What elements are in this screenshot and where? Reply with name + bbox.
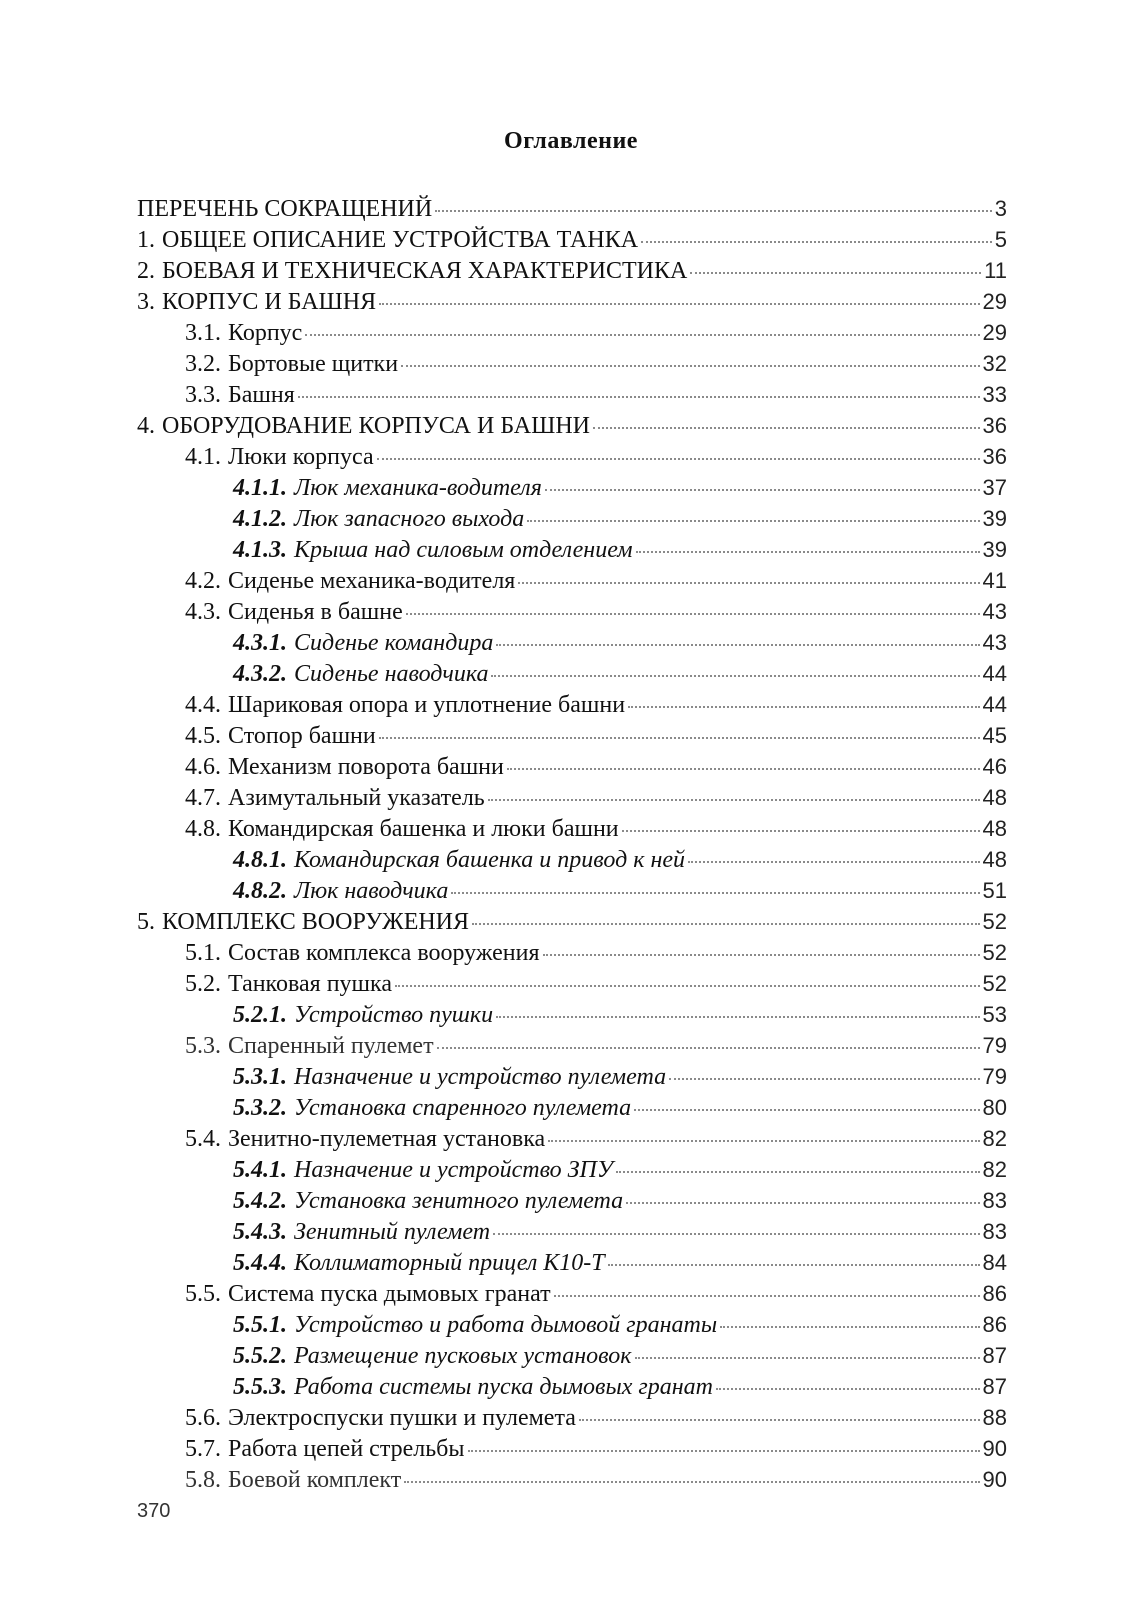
toc-entry[interactable]: 5.3.2.Установка спаренного пулемета80 [137,1092,1007,1123]
dot-leader [404,1481,979,1483]
toc-entry[interactable]: ПЕРЕЧЕНЬ СОКРАЩЕНИЙ3 [137,193,1007,224]
dot-leader [690,272,981,274]
toc-entry-number: 5.3. [185,1031,221,1062]
toc-entry[interactable]: 5.5.1.Устройство и работа дымовой гранат… [137,1309,1007,1340]
dot-leader [635,1357,980,1359]
toc-entry-label: Устройство пушки [294,1000,493,1031]
toc-entry-label: ОБОРУДОВАНИЕ КОРПУСА И БАШНИ [162,411,590,442]
toc-entry[interactable]: 5.7.Работа цепей стрельбы90 [137,1433,1007,1464]
toc-entry-page: 5 [995,224,1007,255]
toc-entry-number: 5.2. [185,969,221,1000]
toc-entry[interactable]: 4.8.1.Командирская башенка и привод к не… [137,844,1007,875]
toc-entry-label: Зенитно-пулеметная установка [228,1124,545,1155]
toc-entry-page: 43 [983,596,1007,627]
toc-entry[interactable]: 4.8.2.Люк наводчика51 [137,875,1007,906]
dot-leader [496,644,979,646]
toc-entry-page: 86 [983,1278,1007,1309]
toc-entry[interactable]: 3.КОРПУС И БАШНЯ29 [137,286,1007,317]
toc-entry-label: Танковая пушка [228,969,392,1000]
toc-entry-number: 5.5.1. [233,1310,287,1341]
toc-entry-label: Спаренный пулемет [228,1031,434,1062]
dot-leader [451,892,979,894]
dot-leader [688,861,980,863]
toc-entry[interactable]: 5.1.Состав комплекса вооружения52 [137,937,1007,968]
dot-leader [634,1109,979,1111]
toc-entry-number: 5.7. [185,1434,221,1465]
toc-entry-page: 52 [983,937,1007,968]
toc-entry-number: 4.7. [185,783,221,814]
dot-leader [379,303,979,305]
toc-entry-page: 87 [983,1340,1007,1371]
toc-entry-label: КОРПУС И БАШНЯ [162,287,376,318]
toc-entry[interactable]: 5.5.3.Работа системы пуска дымовых грана… [137,1371,1007,1402]
dot-leader [305,334,979,336]
toc-entry-page: 52 [983,968,1007,999]
toc-entry[interactable]: 5.4.Зенитно-пулеметная установка82 [137,1123,1007,1154]
dot-leader [468,1450,980,1452]
toc-entry-label: КОМПЛЕКС ВООРУЖЕНИЯ [162,907,469,938]
toc-entry-label: Шариковая опора и уплотнение башни [228,690,625,721]
table-of-contents: ПЕРЕЧЕНЬ СОКРАЩЕНИЙ31.ОБЩЕЕ ОПИСАНИЕ УСТ… [137,193,1007,1495]
dot-leader [491,675,979,677]
toc-entry-number: 4.8.2. [233,876,287,907]
toc-entry-label: Электроспуски пушки и пулемета [228,1403,576,1434]
toc-entry-number: 5.3.1. [233,1062,287,1093]
toc-entry-page: 48 [983,844,1007,875]
dot-leader [401,365,979,367]
toc-entry-number: 5.2.1. [233,1000,287,1031]
toc-entry-page: 33 [983,379,1007,410]
toc-entry[interactable]: 2.БОЕВАЯ И ТЕХНИЧЕСКАЯ ХАРАКТЕРИСТИКА11 [137,255,1007,286]
toc-entry-page: 48 [983,813,1007,844]
toc-entry[interactable]: 5.5.2.Размещение пусковых установок87 [137,1340,1007,1371]
toc-entry[interactable]: 4.1.Люки корпуса36 [137,441,1007,472]
dot-leader [608,1264,980,1266]
toc-entry-page: 82 [983,1123,1007,1154]
toc-entry-page: 45 [983,720,1007,751]
toc-entry[interactable]: 5.2.Танковая пушка52 [137,968,1007,999]
toc-entry-number: 4.8.1. [233,845,287,876]
toc-entry-page: 86 [983,1309,1007,1340]
toc-entry-label: Система пуска дымовых гранат [228,1279,551,1310]
toc-entry[interactable]: 5.4.4.Коллиматорный прицел К10-Т84 [137,1247,1007,1278]
toc-entry[interactable]: 4.1.2.Люк запасного выхода39 [137,503,1007,534]
toc-entry-label: Сиденье механика-водителя [228,566,515,597]
toc-entry-label: Устройство и работа дымовой гранаты [294,1310,717,1341]
toc-entry-number: 5.3.2. [233,1093,287,1124]
toc-entry-label: Работа цепей стрельбы [228,1434,465,1465]
toc-entry[interactable]: 4.2.Сиденье механика-водителя41 [137,565,1007,596]
toc-entry[interactable]: 5.8.Боевой комплект90 [137,1464,1007,1495]
toc-entry-number: 4.1. [185,442,221,473]
toc-entry-label: Коллиматорный прицел К10-Т [294,1248,605,1279]
toc-entry-page: 79 [983,1030,1007,1061]
toc-entry[interactable]: 5.3.1.Назначение и устройство пулемета79 [137,1061,1007,1092]
toc-entry-label: Сиденье командира [294,628,493,659]
toc-entry-label: БОЕВАЯ И ТЕХНИЧЕСКАЯ ХАРАКТЕРИСТИКА [162,256,687,287]
toc-entry[interactable]: 4.4.Шариковая опора и уплотнение башни44 [137,689,1007,720]
dot-leader [716,1388,980,1390]
toc-entry[interactable]: 4.ОБОРУДОВАНИЕ КОРПУСА И БАШНИ36 [137,410,1007,441]
toc-entry[interactable]: 4.1.3.Крыша над силовым отделением39 [137,534,1007,565]
toc-entry-label: ПЕРЕЧЕНЬ СОКРАЩЕНИЙ [137,194,432,225]
toc-entry-number: 4.1.1. [233,473,287,504]
toc-entry-number: 5.1. [185,938,221,969]
dot-leader [669,1078,979,1080]
toc-entry[interactable]: 4.1.1.Люк механика-водителя37 [137,472,1007,503]
toc-entry-label: Люк механика-водителя [294,473,542,504]
toc-entry-label: Боевой комплект [228,1465,401,1496]
toc-entry-number: 5.4.1. [233,1155,287,1186]
toc-entry-page: 87 [983,1371,1007,1402]
toc-entry-page: 36 [983,410,1007,441]
toc-entry-label: Зенитный пулемет [294,1217,490,1248]
toc-entry-page: 43 [983,627,1007,658]
toc-entry-label: Люк запасного выхода [294,504,524,535]
toc-entry[interactable]: 3.2.Бортовые щитки32 [137,348,1007,379]
toc-entry[interactable]: 5.4.1.Назначение и устройство ЗПУ82 [137,1154,1007,1185]
toc-entry-number: 4.5. [185,721,221,752]
toc-entry[interactable]: 5.3.Спаренный пулемет79 [137,1030,1007,1061]
toc-entry-number: 5.4.4. [233,1248,287,1279]
toc-entry-label: Установка спаренного пулемета [294,1093,631,1124]
toc-entry[interactable]: 4.3.1.Сиденье командира43 [137,627,1007,658]
toc-entry-page: 11 [984,255,1007,286]
toc-entry-number: 4.8. [185,814,221,845]
toc-entry-number: 4.6. [185,752,221,783]
toc-entry-page: 46 [983,751,1007,782]
dot-leader [616,1171,979,1173]
toc-entry-label: Состав комплекса вооружения [228,938,540,969]
toc-entry[interactable]: 5.КОМПЛЕКС ВООРУЖЕНИЯ52 [137,906,1007,937]
toc-entry-page: 39 [983,534,1007,565]
page-title: Оглавление [0,128,1142,155]
dot-leader [641,241,992,243]
toc-entry-number: 5.5.3. [233,1372,287,1403]
toc-entry-label: ОБЩЕЕ ОПИСАНИЕ УСТРОЙСТВА ТАНКА [162,225,638,256]
toc-entry-page: 29 [983,317,1007,348]
toc-entry-label: Люк наводчика [294,876,448,907]
toc-entry-number: 4.2. [185,566,221,597]
toc-entry-number: 3. [137,287,155,318]
dot-leader [395,985,980,987]
toc-entry-label: Стопор башни [228,721,376,752]
dot-leader [406,613,980,615]
toc-entry[interactable]: 5.5.Система пуска дымовых гранат86 [137,1278,1007,1309]
dot-leader [593,427,980,429]
toc-entry[interactable]: 5.6.Электроспуски пушки и пулемета88 [137,1402,1007,1433]
toc-entry-number: 4.3.1. [233,628,287,659]
toc-entry-label: Корпус [228,318,302,349]
toc-entry-page: 90 [983,1433,1007,1464]
toc-entry-page: 48 [983,782,1007,813]
dot-leader [298,396,980,398]
dot-leader [545,489,980,491]
toc-entry-number: 3.2. [185,349,221,380]
toc-entry[interactable]: 1.ОБЩЕЕ ОПИСАНИЕ УСТРОЙСТВА ТАНКА5 [137,224,1007,255]
toc-entry-page: 82 [983,1154,1007,1185]
toc-entry-label: Механизм поворота башни [228,752,504,783]
toc-entry-number: 4.4. [185,690,221,721]
toc-entry[interactable]: 5.4.2.Установка зенитного пулемета83 [137,1185,1007,1216]
toc-entry-number: 4.1.3. [233,535,287,566]
toc-entry-label: Сиденье наводчика [294,659,488,690]
toc-entry-label: Бортовые щитки [228,349,398,380]
dot-leader [628,706,979,708]
toc-entry-page: 83 [983,1216,1007,1247]
toc-entry-page: 44 [983,658,1007,689]
toc-entry-page: 44 [983,689,1007,720]
toc-entry-number: 2. [137,256,155,287]
toc-entry[interactable]: 4.3.2.Сиденье наводчика44 [137,658,1007,689]
toc-entry-label: Сиденья в башне [228,597,403,628]
toc-entry[interactable]: 3.1.Корпус29 [137,317,1007,348]
toc-entry[interactable]: 4.8.Командирская башенка и люки башни48 [137,813,1007,844]
toc-entry-page: 84 [983,1247,1007,1278]
toc-entry-label: Крыша над силовым отделением [294,535,633,566]
dot-leader [507,768,980,770]
toc-entry-number: 4.3. [185,597,221,628]
dot-leader [626,1202,979,1204]
page-number: 370 [137,1500,170,1523]
toc-entry-number: 1. [137,225,155,256]
dot-leader [548,1140,979,1142]
toc-entry-number: 5.4.3. [233,1217,287,1248]
toc-entry-page: 80 [983,1092,1007,1123]
dot-leader [377,458,980,460]
dot-leader [472,923,979,925]
toc-entry-page: 36 [983,441,1007,472]
toc-entry-number: 3.1. [185,318,221,349]
toc-entry-number: 4.1.2. [233,504,287,535]
toc-entry-page: 79 [983,1061,1007,1092]
toc-entry[interactable]: 4.6.Механизм поворота башни46 [137,751,1007,782]
toc-entry-label: Назначение и устройство пулемета [294,1062,666,1093]
toc-entry[interactable]: 4.3.Сиденья в башне43 [137,596,1007,627]
toc-entry-label: Размещение пусковых установок [294,1341,632,1372]
dot-leader [437,1047,980,1049]
dot-leader [518,582,979,584]
toc-entry-label: Назначение и устройство ЗПУ [294,1155,613,1186]
toc-entry-label: Установка зенитного пулемета [294,1186,623,1217]
dot-leader [543,954,980,956]
toc-entry-page: 83 [983,1185,1007,1216]
toc-entry-number: 5.5. [185,1279,221,1310]
toc-entry-page: 51 [983,875,1007,906]
dot-leader [622,830,980,832]
dot-leader [636,551,980,553]
toc-entry-page: 52 [983,906,1007,937]
toc-entry-number: 5.4. [185,1124,221,1155]
toc-entry-number: 3.3. [185,380,221,411]
toc-entry[interactable]: 5.4.3.Зенитный пулемет83 [137,1216,1007,1247]
toc-entry-page: 88 [983,1402,1007,1433]
toc-entry[interactable]: 5.2.1.Устройство пушки53 [137,999,1007,1030]
toc-entry-page: 29 [983,286,1007,317]
toc-entry-number: 5.5.2. [233,1341,287,1372]
toc-entry[interactable]: 3.3.Башня33 [137,379,1007,410]
toc-entry-page: 53 [983,999,1007,1030]
toc-entry-label: Люки корпуса [228,442,374,473]
toc-entry-label: Работа системы пуска дымовых гранат [294,1372,713,1403]
dot-leader [527,520,979,522]
toc-entry-label: Башня [228,380,295,411]
toc-entry-page: 90 [983,1464,1007,1495]
toc-entry-page: 39 [983,503,1007,534]
toc-entry-number: 4.3.2. [233,659,287,690]
toc-entry-number: 5.8. [185,1465,221,1496]
toc-entry-page: 41 [983,565,1007,596]
toc-entry-label: Командирская башенка и люки башни [228,814,619,845]
toc-entry-page: 32 [983,348,1007,379]
toc-entry-label: Командирская башенка и привод к ней [294,845,685,876]
dot-leader [488,799,980,801]
toc-entry-number: 5. [137,907,155,938]
toc-entry-number: 4. [137,411,155,442]
dot-leader [496,1016,979,1018]
toc-entry-number: 5.4.2. [233,1186,287,1217]
dot-leader [554,1295,980,1297]
dot-leader [493,1233,979,1235]
toc-entry[interactable]: 4.5.Стопор башни45 [137,720,1007,751]
toc-entry-number: 5.6. [185,1403,221,1434]
toc-entry-page: 37 [983,472,1007,503]
dot-leader [720,1326,979,1328]
dot-leader [379,737,980,739]
dot-leader [579,1419,980,1421]
dot-leader [435,210,992,212]
toc-entry[interactable]: 4.7.Азимутальный указатель48 [137,782,1007,813]
toc-entry-label: Азимутальный указатель [228,783,485,814]
toc-entry-page: 3 [995,193,1007,224]
